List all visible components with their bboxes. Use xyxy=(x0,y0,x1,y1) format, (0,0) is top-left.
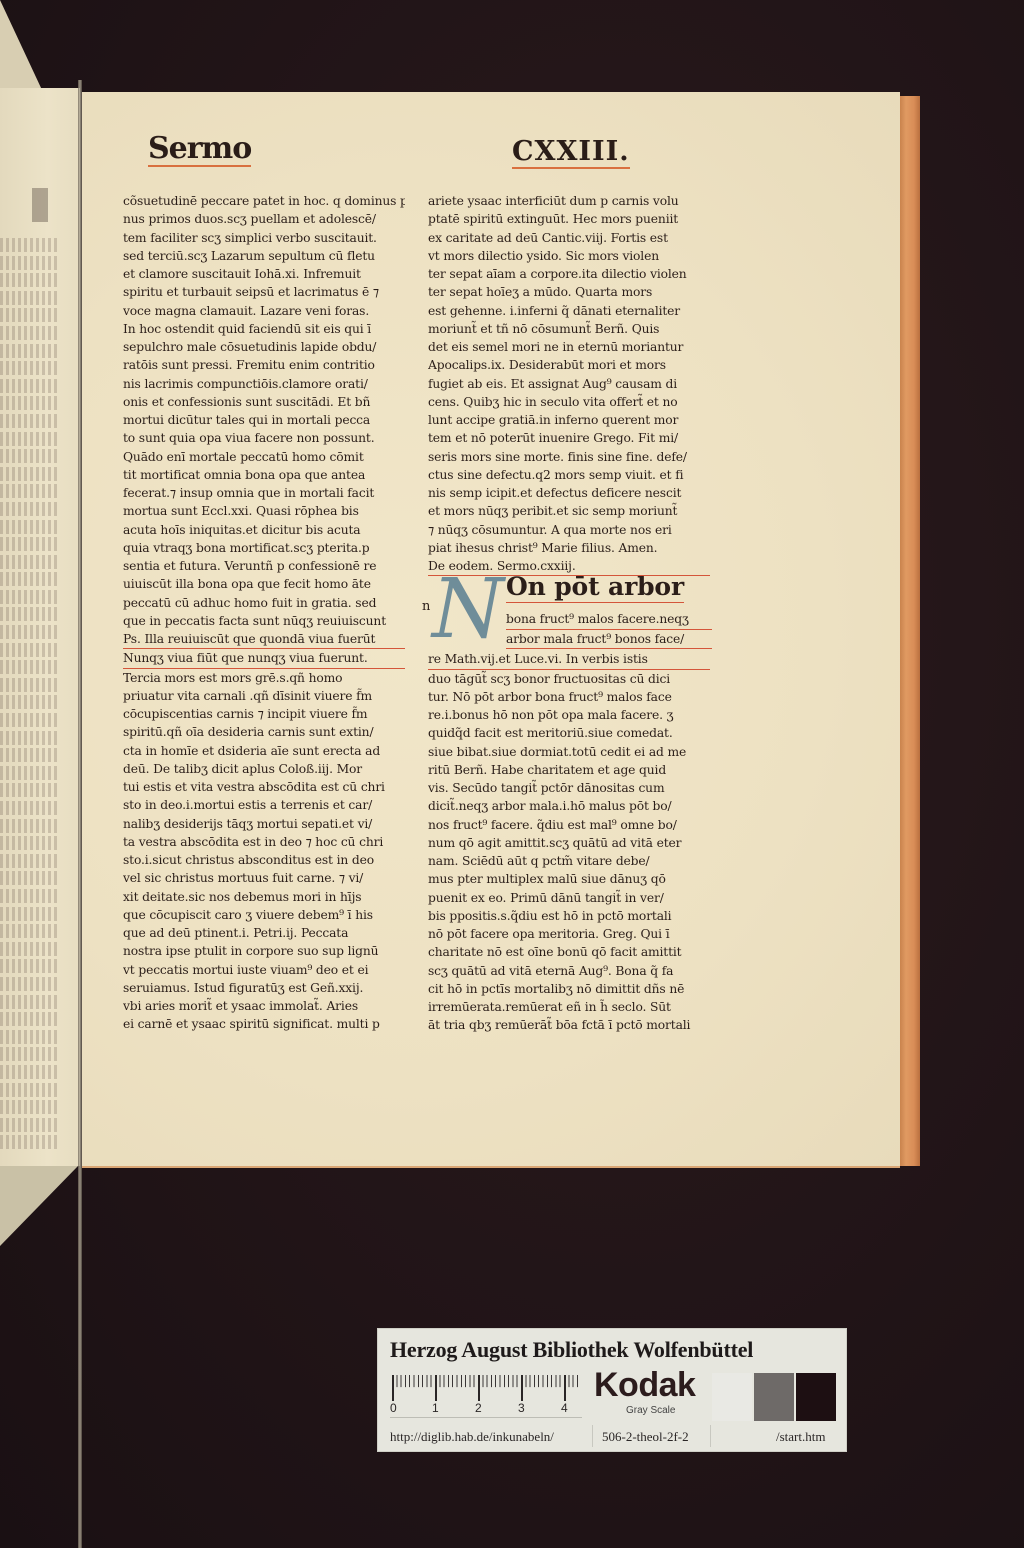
verso-text-line xyxy=(0,1030,58,1044)
text-line: nam. Sciēdū aūt q pctm̃ vitare debe/ xyxy=(428,852,710,870)
text-line: nos fruct⁹ facere. q̃diu est mal⁹ omne b… xyxy=(428,816,710,834)
verso-text-line xyxy=(0,731,58,745)
verso-text-line xyxy=(0,854,58,868)
text-line: puenit ex eo. Primū dānū tangit̃ in ver/ xyxy=(428,889,710,907)
verso-text-line xyxy=(0,783,58,797)
kodak-logo: Kodak xyxy=(594,1367,695,1403)
text-line: que cōcupiscit caro ʒ viuere debem⁹ ī hi… xyxy=(123,906,405,924)
text-line: cit hō in pctīs mortalibʒ nō dimittit dñ… xyxy=(428,980,710,998)
text-line: sto.i.sicut christus absconditus est in … xyxy=(123,851,405,869)
verso-text-line xyxy=(0,1135,58,1149)
text-line: onis et confessionis sunt suscitādi. Et … xyxy=(123,393,405,411)
text-line: cens. Quibʒ hic in seculo vita offert̃ e… xyxy=(428,393,710,411)
ruler-number: 2 xyxy=(475,1401,482,1415)
text-line: seris mors sine morte. finis sine fine. … xyxy=(428,448,710,466)
text-line: charitate nō est oīne bonū qō facit amit… xyxy=(428,943,710,961)
ruler-major-tick xyxy=(478,1375,480,1401)
label-divider xyxy=(592,1425,593,1447)
text-line: det eis semel mori ne in eternū moriantu… xyxy=(428,338,710,356)
text-line: tui estis et vita vestra abscōdita est c… xyxy=(123,778,405,796)
ruler-number: 0 xyxy=(390,1401,397,1415)
verso-text-bleed xyxy=(0,238,58,1153)
guide-letter: n xyxy=(422,598,430,616)
verso-text-line xyxy=(0,871,58,885)
text-line: vbi aries morit̃ et ysaac immolat̃. Arie… xyxy=(123,997,405,1015)
verso-text-line xyxy=(0,273,58,287)
verso-text-line xyxy=(0,801,58,815)
scale-ruler: 0 1 2 3 4 xyxy=(390,1373,582,1418)
text-line: et mors nūqʒ peribit.et sic semp moriunt… xyxy=(428,502,710,520)
verso-text-line xyxy=(0,889,58,903)
verso-text-line xyxy=(0,344,58,358)
text-line: piat ihesus christ⁹ Marie filius. Amen. xyxy=(428,539,710,557)
text-line: mortui dicūtur tales qui in mortali pecc… xyxy=(123,411,405,429)
verso-text-line xyxy=(0,1065,58,1079)
column-right-bottom: re Math.vij.et Luce.vi. In verbis istisd… xyxy=(428,650,710,1034)
text-line: ex caritate ad deū Cantic.viij. Fortis e… xyxy=(428,229,710,247)
text-line: nō pōt facere opa meritoria. Greg. Qui ī xyxy=(428,925,710,943)
text-line: dicit̃.neqʒ arbor mala.i.hō malus pōt bo… xyxy=(428,797,710,815)
text-line: num qō agit amittit.scʒ quātū ad vitā et… xyxy=(428,834,710,852)
verso-text-line xyxy=(0,1083,58,1097)
text-line: sed terciū.scʒ Lazarum sepultum cū fletu xyxy=(123,247,405,265)
ruler-major-tick xyxy=(564,1375,566,1401)
folio-number: CXXIII. xyxy=(512,137,630,169)
text-line: āt tria qbʒ remūerāt̃ bōa fctā ī pctō mo… xyxy=(428,1016,710,1034)
text-line: tit mortificat omnia bona opa que antea xyxy=(123,466,405,484)
text-line: Apocalips.ix. Desiderabūt mori et mors xyxy=(428,356,710,374)
text-line: tem et nō poterūt inuenire Grego. Fit mi… xyxy=(428,429,710,447)
text-line: ratōis sunt pressi. Fremitu enim contrit… xyxy=(123,356,405,374)
gray-swatch-white xyxy=(712,1373,752,1421)
library-name: Herzog August Bibliothek Wolfenbüttel xyxy=(390,1337,753,1363)
verso-page xyxy=(0,88,80,1166)
verso-text-line xyxy=(0,959,58,973)
url-base: http://diglib.hab.de/inkunabeln/ xyxy=(390,1427,554,1447)
verso-text-line xyxy=(0,924,58,938)
ruler-minor-ticks xyxy=(392,1375,580,1397)
text-line: cõsuetudinē peccare patet in hoc. q domi… xyxy=(123,192,405,210)
sermon-opening: N n On pōt arbor bona fruct⁹ malos facer… xyxy=(428,576,710,650)
verso-text-line xyxy=(0,520,58,534)
verso-text-line xyxy=(0,607,58,621)
text-line: seruiamus. Istud figuratūʒ est Geñ.xxij. xyxy=(123,979,405,997)
text-line: quia vtraqʒ bona mortificat.scʒ pterita.… xyxy=(123,539,405,557)
text-line: et clamore suscitauit Iohā.xi. Infremuit xyxy=(123,265,405,283)
text-line: re.i.bonus hō non pōt opa mala facere. ʒ xyxy=(428,706,710,724)
text-line: vis. Secūdo tangit̃ pctōr dānositas cum xyxy=(428,779,710,797)
incipit-line: bona fruct⁹ malos facere.neqʒ arbor mala… xyxy=(506,610,712,649)
verso-text-line xyxy=(0,907,58,921)
running-head-title: Sermo xyxy=(148,133,251,167)
ruler-number: 1 xyxy=(432,1401,439,1415)
text-line: cta in homīe et dsideria aīe sunt erecta… xyxy=(123,742,405,760)
text-line: vt peccatis mortui iuste viuam⁹ deo et e… xyxy=(123,961,405,979)
verso-text-line xyxy=(0,502,58,516)
text-line: mus pter multiplex malū siue dānuʒ qō xyxy=(428,870,710,888)
text-line: priuatur vita carnali .qñ dīsinit viuere… xyxy=(123,687,405,705)
verso-text-line xyxy=(0,326,58,340)
column-right-top: ariete ysaac interficiūt dum p carnis vo… xyxy=(428,192,710,576)
verso-text-line xyxy=(0,1100,58,1114)
verso-running-head xyxy=(32,188,48,222)
text-line: In hoc ostendit quid faciendū sit eis qu… xyxy=(123,320,405,338)
text-line: acuta hoīs iniquitas.et dicitur bis acut… xyxy=(123,521,405,539)
text-line: lunt accipe gratiā.in inferno querent mo… xyxy=(428,411,710,429)
text-line: siue bibat.siue dormiat.totū cedit ei ad… xyxy=(428,743,710,761)
text-line: ei carnē et ysaac spiritū significat. mu… xyxy=(123,1015,405,1033)
gray-scale-caption: Gray Scale xyxy=(626,1405,675,1416)
text-column-left: cõsuetudinē peccare patet in hoc. q domi… xyxy=(123,192,405,1034)
text-line: ariete ysaac interficiūt dum p carnis vo… xyxy=(428,192,710,210)
verso-text-line xyxy=(0,449,58,463)
verso-text-line xyxy=(0,836,58,850)
text-line: bis ppositis.s.q̃diu est hō in pctō mort… xyxy=(428,907,710,925)
verso-text-line xyxy=(0,819,58,833)
verso-text-line xyxy=(0,361,58,375)
text-line: quidq̃d facit est meritoriū.siue comedat… xyxy=(428,724,710,742)
text-line: sentia et futura. Veruntñ p confessionē … xyxy=(123,557,405,575)
ruler-number: 3 xyxy=(518,1401,525,1415)
verso-text-line xyxy=(0,1012,58,1026)
text-line: ritū Berñ. Habe charitatem et age quid xyxy=(428,761,710,779)
text-line: ter sepat hoīeʒ a mūdo. Quarta mors xyxy=(428,283,710,301)
verso-text-line xyxy=(0,291,58,305)
verso-text-line xyxy=(0,484,58,498)
text-line: ctus sine defectu.q2 mors semp viuit. et… xyxy=(428,466,710,484)
text-line: to sunt quia opa viua facere non possunt… xyxy=(123,429,405,447)
text-line: fugiet ab eis. Et assignat Aug⁹ causam d… xyxy=(428,375,710,393)
verso-text-line xyxy=(0,537,58,551)
verso-text-line xyxy=(0,995,58,1009)
verso-text-line xyxy=(0,643,58,657)
text-line: Tercia mors est mors grē.s.qñ homo xyxy=(123,669,405,687)
verso-text-line xyxy=(0,942,58,956)
verso-text-line xyxy=(0,748,58,762)
red-fore-edge xyxy=(900,96,920,1166)
verso-text-line xyxy=(0,695,58,709)
verso-text-line xyxy=(0,572,58,586)
text-line: Ps. Illa reuiuiscūt que quondā viua fuer… xyxy=(123,630,405,649)
verso-text-line xyxy=(0,238,58,252)
gray-swatch-mid xyxy=(754,1373,794,1421)
gray-swatch-black xyxy=(796,1373,836,1421)
text-line: tem faciliter scʒ simplici verbo suscita… xyxy=(123,229,405,247)
verso-text-line xyxy=(0,1047,58,1061)
text-line: sepulchro male cōsuetudinis lapide obdu/ xyxy=(123,338,405,356)
text-line: peccatū cū adhuc homo fuit in gratia. se… xyxy=(123,594,405,612)
text-line: spiritu et turbauit seipsū et lacrimatus… xyxy=(123,283,405,301)
text-line: deū. De talibʒ dicit aplus Coloß.iij. Mo… xyxy=(123,760,405,778)
text-line: nostra ipse ptulit in corpore suo sup li… xyxy=(123,942,405,960)
text-line: irremūerata.remūerat eñ in h̃ seclo. Sūt xyxy=(428,998,710,1016)
ruler-number: 4 xyxy=(561,1401,568,1415)
verso-text-line xyxy=(0,414,58,428)
text-line: sto in deo.i.mortui estis a terrenis et … xyxy=(123,796,405,814)
text-line: scʒ quātū ad vitā eternā Aug⁹. Bona q̃ f… xyxy=(428,962,710,980)
text-line: cōcupiscentias carnis ⁊ incipit viuere f… xyxy=(123,705,405,723)
text-line: ter sepat aīam a corpore.ita dilectio vi… xyxy=(428,265,710,283)
verso-text-line xyxy=(0,977,58,991)
text-line: xit deitate.sic nos debemus mori in hījs xyxy=(123,888,405,906)
text-line: nalibʒ desiderijs tāqʒ mortui sepati.et … xyxy=(123,815,405,833)
text-line: vt mors dilectio ysido. Sic mors violen xyxy=(428,247,710,265)
shelfmark: 506-2-theol-2f-2 xyxy=(602,1427,689,1447)
text-line: Quādo enī mortale peccatū homo cōmit xyxy=(123,448,405,466)
verso-text-line xyxy=(0,625,58,639)
text-line: moriunt̃ et tñ nō cōsumunt̃ Berñ. Quis xyxy=(428,320,710,338)
verso-text-line xyxy=(0,432,58,446)
archive-color-card: Herzog August Bibliothek Wolfenbüttel 0 … xyxy=(377,1328,847,1452)
verso-text-line xyxy=(0,379,58,393)
text-line: vel sic christus mortuus fuit carne. ⁊ v… xyxy=(123,869,405,887)
ruler-major-tick xyxy=(392,1375,394,1401)
incipit-heading: On pōt arbor xyxy=(506,572,684,603)
verso-text-line xyxy=(0,678,58,692)
text-line: que in peccatis facta sunt nūqʒ reuiuisc… xyxy=(123,612,405,630)
text-line: nis lacrimis compunctiōis.clamore orati/ xyxy=(123,375,405,393)
text-line: spiritū.qñ oīa desideria carnis sunt ext… xyxy=(123,723,405,741)
text-line: voce magna clamauit. Lazare veni foras. xyxy=(123,302,405,320)
verso-text-line xyxy=(0,256,58,270)
verso-text-line xyxy=(0,555,58,569)
text-line: Nunqʒ viua fiūt que nunqʒ viua fuerunt. xyxy=(123,649,405,668)
text-line: ta vestra abscōdita est in deo ⁊ hoc cū … xyxy=(123,833,405,851)
verso-text-line xyxy=(0,467,58,481)
decorated-initial-n: N xyxy=(432,570,504,650)
text-line: nis semp icipit.et defectus deficere nes… xyxy=(428,484,710,502)
text-line: duo tāgūt̃ scʒ bonor fructuositas cū dic… xyxy=(428,670,710,688)
verso-text-line xyxy=(0,590,58,604)
text-column-right: ariete ysaac interficiūt dum p carnis vo… xyxy=(428,192,710,1035)
ruler-major-tick xyxy=(435,1375,437,1401)
text-line: que ad deū ptinent.i. Petri.ij. Peccata xyxy=(123,924,405,942)
url-tail: /start.htm xyxy=(776,1427,825,1447)
text-line: mortua sunt Eccl.xxi. Quasi rōphea bis xyxy=(123,502,405,520)
text-line: nus primos duos.scʒ puellam et adolescē/ xyxy=(123,210,405,228)
text-line: est gehenne. i.inferni q̃ dānati eternal… xyxy=(428,302,710,320)
text-line: ⁊ nūqʒ cōsumuntur. A qua morte nos eri xyxy=(428,521,710,539)
verso-text-line xyxy=(0,713,58,727)
text-line: ptatē spiritū extinguūt. Hec mors puenii… xyxy=(428,210,710,228)
label-divider xyxy=(710,1425,711,1447)
verso-text-line xyxy=(0,660,58,674)
text-line: fecerat.⁊ insup omnia que in mortali fac… xyxy=(123,484,405,502)
ruler-major-tick xyxy=(521,1375,523,1401)
verso-text-line xyxy=(0,308,58,322)
verso-text-line xyxy=(0,766,58,780)
text-line: uiuiscūt illa bona opa que fecit homo āt… xyxy=(123,575,405,593)
verso-text-line xyxy=(0,1118,58,1132)
verso-text-line xyxy=(0,396,58,410)
text-line: tur. Nō pōt arbor bona fruct⁹ malos face xyxy=(428,688,710,706)
